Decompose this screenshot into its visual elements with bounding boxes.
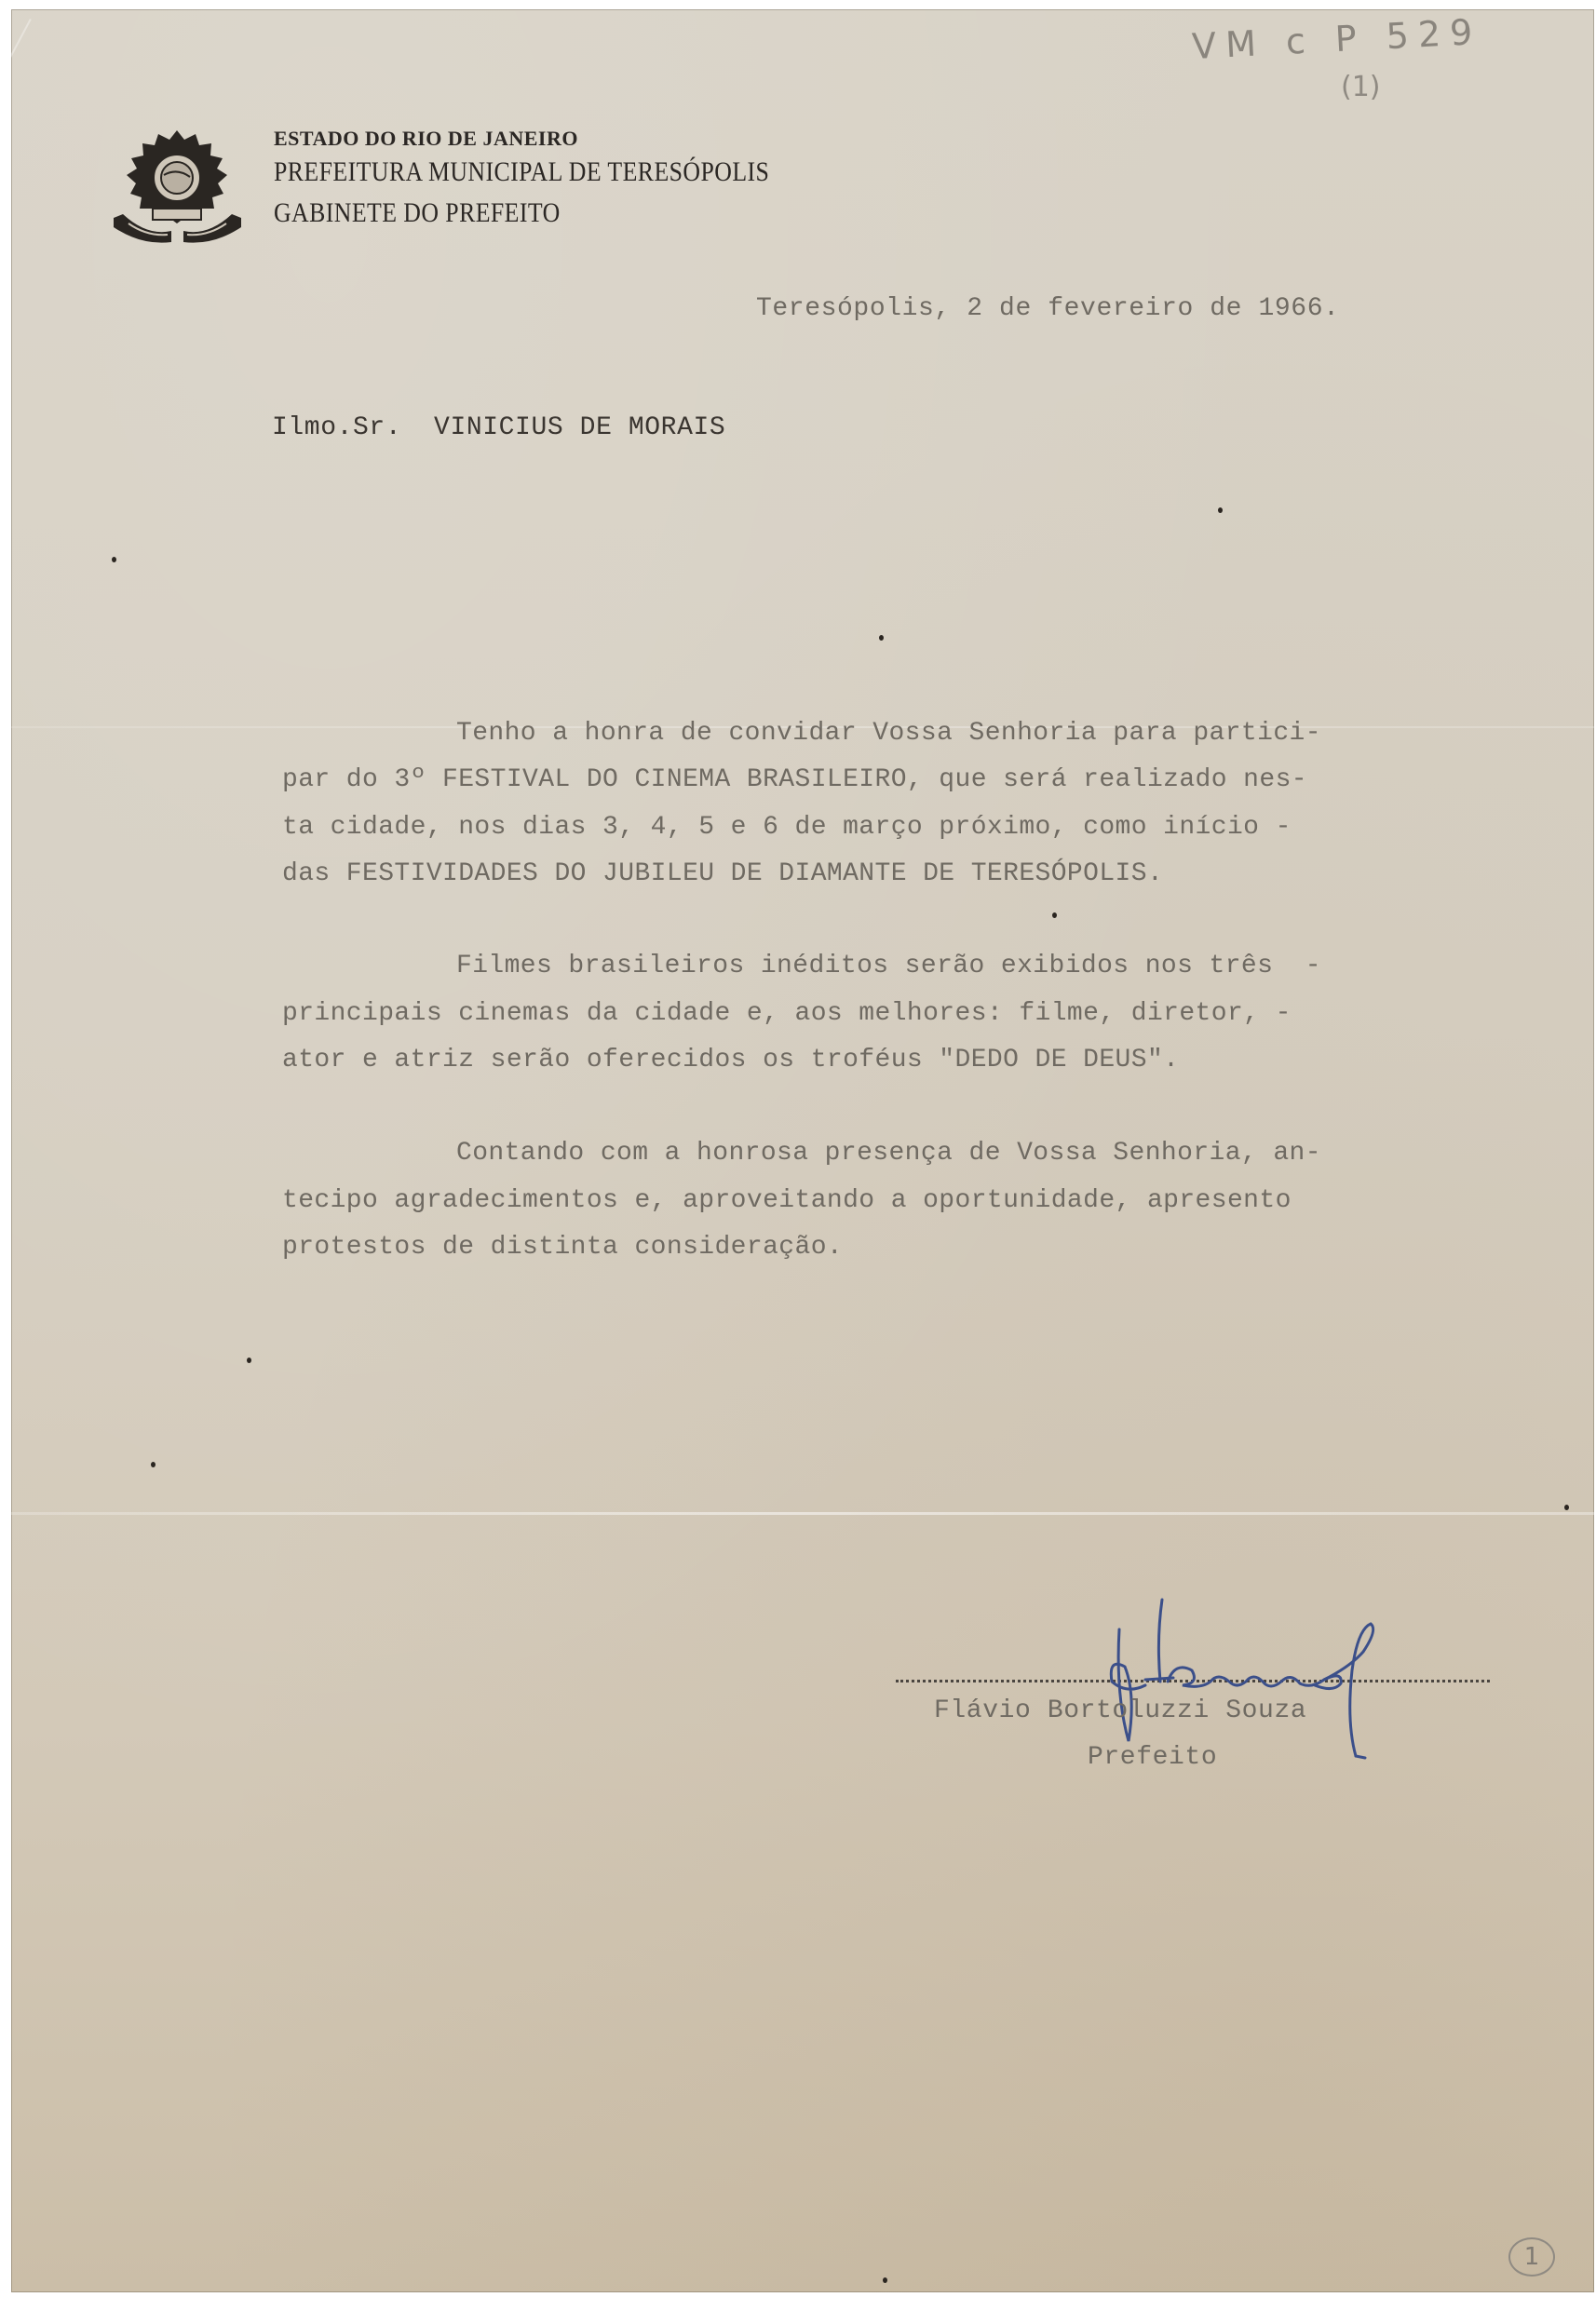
body-p1-line1: Tenho a honra de convidar Vossa Senhoria…	[456, 719, 1321, 748]
letterhead-office: GABINETE DO PREFEITO	[274, 197, 561, 229]
recipient-title: Ilmo.Sr.	[272, 413, 401, 442]
letterhead-state: ESTADO DO RIO DE JANEIRO	[274, 127, 578, 151]
paper-speck	[879, 635, 884, 641]
salutation: Ilmo.Sr. VINICIUS DE MORAIS	[272, 413, 725, 442]
body-p2-line2: principais cinemas da cidade e, aos melh…	[282, 999, 1292, 1028]
archive-reference-sub: (1)	[1341, 71, 1381, 103]
paper-speck	[1052, 912, 1057, 918]
body-p1-line2: par do 3º FESTIVAL DO CINEMA BRASILEIRO,…	[282, 765, 1307, 794]
paper-speck	[247, 1358, 251, 1363]
body-p3-line1: Contando com a honrosa presença de Vossa…	[456, 1139, 1321, 1168]
letter-date: Teresópolis, 2 de fevereiro de 1966.	[756, 294, 1340, 323]
signer-name: Flávio Bortoluzzi Souza	[934, 1696, 1306, 1725]
paper-speck	[112, 557, 116, 562]
body-p2-line3: ator e atriz serão oferecidos os troféus…	[282, 1046, 1179, 1074]
letterhead-prefecture: PREFEITURA MUNICIPAL DE TERESÓPOLIS	[274, 156, 769, 188]
paper-speck	[151, 1462, 156, 1467]
handwritten-signature-icon	[1071, 1592, 1518, 1760]
coat-of-arms-icon	[110, 127, 245, 252]
body-p2-line1: Filmes brasileiros inéditos serão exibid…	[456, 952, 1321, 980]
paper-fold-lower	[11, 1512, 1594, 1515]
paper-speck	[883, 2277, 887, 2283]
page-number: 1	[1508, 2237, 1555, 2277]
paper-crease	[0, 19, 32, 118]
signer-title: Prefeito	[1088, 1743, 1217, 1772]
paper-speck	[1218, 507, 1223, 513]
body-p1-line4: das FESTIVIDADES DO JUBILEU DE DIAMANTE …	[282, 859, 1163, 888]
body-p3-line3: protestos de distinta consideração.	[282, 1233, 843, 1262]
recipient-name: VINICIUS DE MORAIS	[434, 413, 725, 442]
paper-speck	[1564, 1505, 1569, 1510]
body-p1-line3: ta cidade, nos dias 3, 4, 5 e 6 de março…	[282, 813, 1292, 842]
body-p3-line2: tecipo agradecimentos e, aproveitando a …	[282, 1186, 1292, 1215]
